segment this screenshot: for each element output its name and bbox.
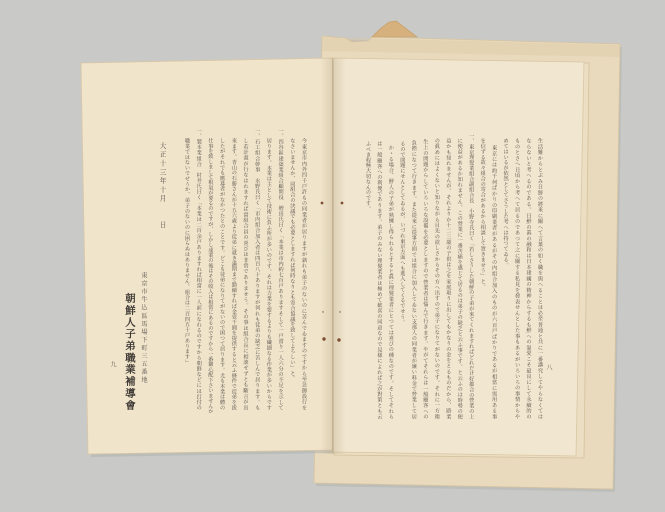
- text-column: ものとさへ日頃から考へて居るのであつて之に關する私見を發表せんとした事もあるがい…: [514, 138, 520, 419]
- publisher-address: 東京市牛込區馬場下町三五番地: [139, 272, 147, 383]
- text-column: 一、石工組合幹事 水野氏曰く「市内組合加入者は四百八十ありますが何れも徒弟の缺乏…: [254, 128, 260, 410]
- text-column: し若計畫が行なはれますれば當組合員の喜びは非常でありませう。その事は組合長に相談…: [243, 138, 249, 410]
- text-column: ふべき程極大切なんのです。: [365, 141, 371, 211]
- publisher-name: 朝鮮人子弟職業補導會: [123, 293, 135, 410]
- text-column: 今東京市内外四千戸許もの同業者が居りますが孰れも弟子のないのに苦んでゐますのです…: [301, 138, 307, 410]
- text-column: 益かも知れませんが、それよりか十二三歳の子供は之を家庭取りに出してもかなりの金を…: [445, 138, 451, 419]
- text-column: したがそれでも應募者がなかつたとのことです。どこも徒弟になりてがないので困つて居…: [219, 138, 225, 410]
- text-column: 職業ではないでせうか、弟子のないのに困らぬはありません。組合は二百四五十戸ありま…: [184, 138, 190, 365]
- page-number: 八: [545, 364, 552, 370]
- paper-sheets: [0, 0, 665, 512]
- text-column: の眞めにはよくないと知りながら目先の欲しさからその方へ出すので弟子になりてがない…: [434, 138, 440, 419]
- text-column: に便益があるか知れません。この營業に一番苦痛を感じて居るのは弟子の缺乏と云ふ事で…: [457, 138, 463, 419]
- staple-mark: [339, 311, 340, 312]
- text-column: なさいませんか、同組合の決議でも必要としますれば何時なりとも寄合協議を致してよろ…: [289, 138, 295, 381]
- text-column: 東京には約千何ばかりの印刷業者があるがその内組合加入のものが六百戸ばかりであるが…: [491, 145, 497, 419]
- staple-hole: [322, 337, 325, 340]
- text-column: 居ります。本業は主として技術に負ふ所が多いのです。それは力業を要するよりも繊細な…: [266, 138, 272, 410]
- text-column: 一、東京理髪業組合副組合長 小野寺氏曰く「若しさうした朝鮮の子弟が來てくれますれ…: [468, 133, 474, 419]
- text-column: めてはいるが依然としてさうした考へは持つてゐる。: [503, 138, 509, 268]
- text-column: 來ます。青山の石勝さんが十五六歳より徒弟に就き滿期まで勤續すれば金壹千圓を提供す…: [231, 138, 237, 410]
- text-column: は一般顧客への利便であります。弟子のみない理髮業者は極めて歓喜の同意なので見様に…: [376, 141, 382, 419]
- text-column: かゝる場合、鮮人の子弟が熟練し得られるとすると眞に理髮業者にとつては喜びの種なの…: [388, 145, 394, 419]
- text-column: 負擔になつて行きます。また從來に從事方面では組合に加入してゐない支那人の同業者が…: [411, 140, 417, 419]
- staple-hole: [321, 202, 324, 205]
- text-column: を信ずる故々組合の寄合があるから相談して置きませう」と。: [480, 138, 486, 289]
- text-column: ならないと考へるのである。日鮮の眞の融和は日本建國の精神からするも鮮への温愛こそ…: [526, 138, 532, 419]
- staple-mark: [322, 311, 323, 312]
- document-photo: 今東京市内外四千戸許もの同業者が居りますが孰れも弟子のないのに苦んでゐますのです…: [0, 0, 665, 512]
- staple-hole: [337, 338, 340, 341]
- publication-date: 大正十三年十月 日: [158, 142, 166, 228]
- text-column: 仕事を致しまして根氣が要るのですが、しかし成業の後はその收入は相當にあるのですか…: [207, 138, 213, 410]
- page-number: 九: [109, 361, 116, 367]
- text-column: 生上の問題からしていろいろな設備を必要としますので營業者は惱んで行きます。やがて…: [422, 139, 428, 419]
- staple-hole: [341, 202, 344, 205]
- text-column: 一、製本業組合 村井氏曰く「本業は二百余戸ありますれば相當に一人前になれるのです…: [196, 128, 202, 410]
- text-column: 一、四谷區建築業組合顧問役 増田氏曰く「本業は市内約七百戸ありますそして一戸當り…: [278, 128, 284, 410]
- text-column: 生活難からとぶみ日鮮の將來に關へて言葉の如く職を與へることは必至普通と共に一番講…: [537, 138, 543, 419]
- text-column: るので問題にせんとしてゐるが、いづれ東京方面へも進入してくるでせう。: [399, 141, 405, 325]
